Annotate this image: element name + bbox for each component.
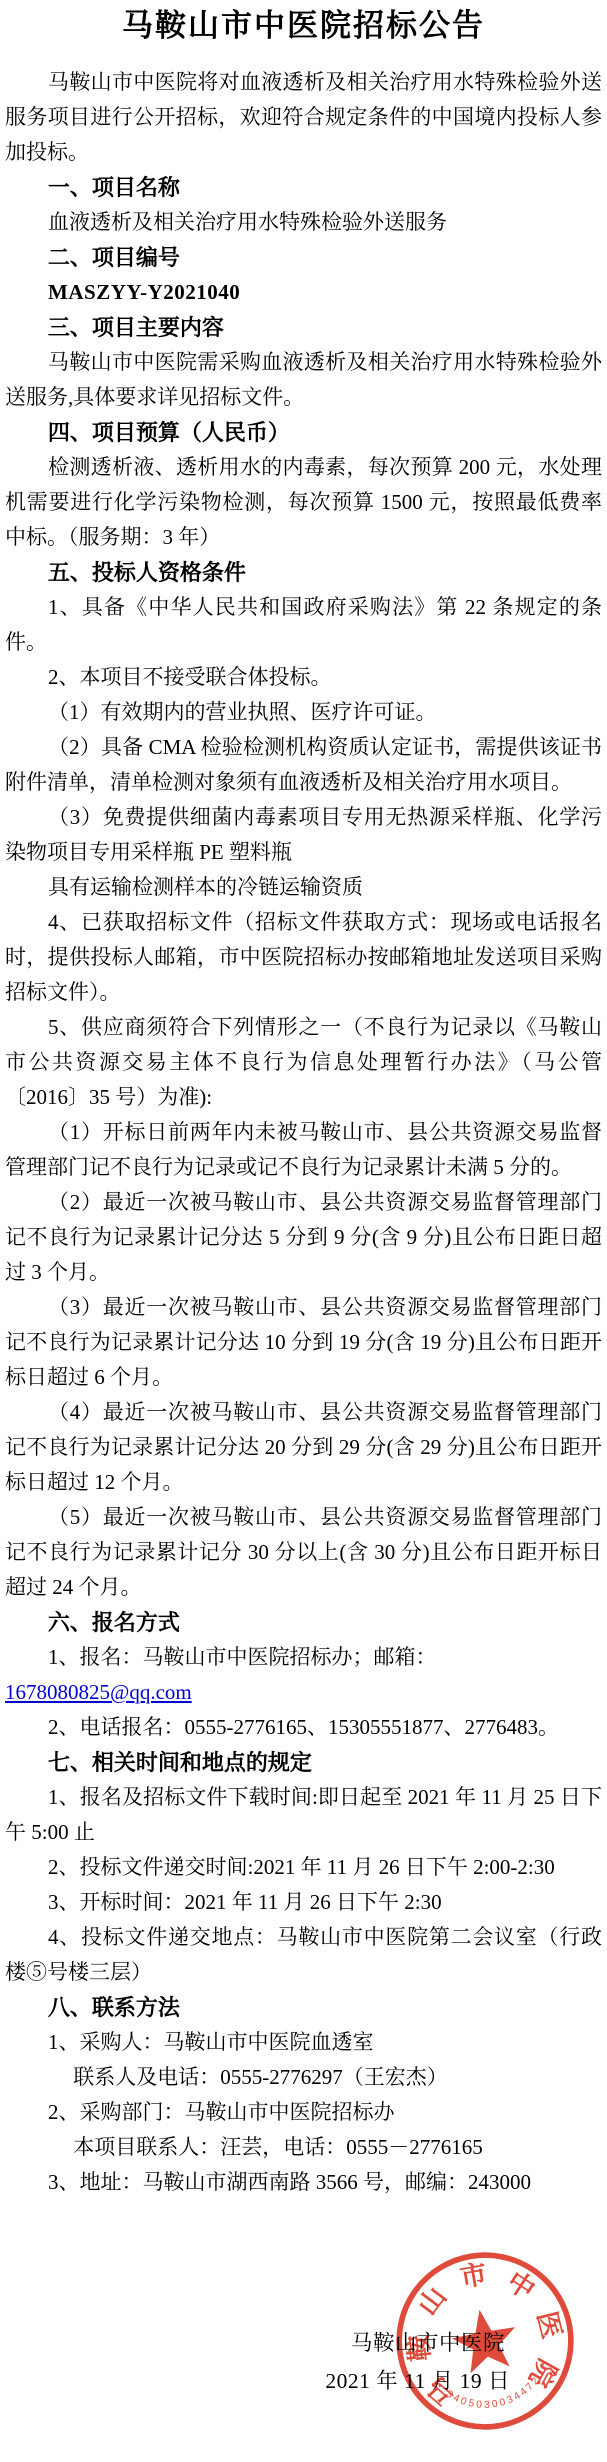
doc-paragraph: （1）开标日前两年内未被马鞍山市、县公共资源交易监督管理部门记不良行为记录或记不…	[5, 1115, 602, 1185]
signature-date: 2021 年 11 月 19 日	[325, 2364, 510, 2395]
doc-paragraph: （5）最近一次被马鞍山市、县公共资源交易监督管理部门记不良行为记录累计记分 30…	[5, 1500, 602, 1605]
doc-paragraph: （4）最近一次被马鞍山市、县公共资源交易监督管理部门记不良行为记录累计记分达 2…	[5, 1395, 602, 1500]
doc-paragraph: 4、投标文件递交地点：马鞍山市中医院第二会议室（行政楼⑤号楼三层）	[5, 1920, 602, 1990]
doc-paragraph: 3、开标时间：2021 年 11 月 26 日下午 2:30	[5, 1885, 602, 1920]
announcement-page: 马鞍山市中医院招标公告 马鞍山市中医院将对血液透析及相关治疗用水特殊检验外送服务…	[0, 0, 607, 2462]
doc-paragraph: 1、采购人：马鞍山市中医院血透室	[5, 2025, 602, 2060]
section-heading: 四、项目预算（人民币）	[5, 415, 602, 450]
email-link[interactable]: 1678080825@qq.com	[5, 1675, 602, 1710]
doc-paragraph: 马鞍山市中医院将对血液透析及相关治疗用水特殊检验外送服务项目进行公开招标，欢迎符…	[5, 65, 602, 170]
doc-paragraph: 5、供应商须符合下列情形之一（不良行为记录以《马鞍山市公共资源交易主体不良行为信…	[5, 1010, 602, 1115]
section-heading: 一、项目名称	[5, 170, 602, 205]
seal-arc-char: 医	[532, 2308, 568, 2341]
section-heading: 三、项目主要内容	[5, 310, 602, 345]
section-heading: 六、报名方式	[5, 1605, 602, 1640]
doc-paragraph: 具有运输检测样本的冷链运输资质	[5, 870, 602, 905]
signature-org: 马鞍山市中医院	[351, 2326, 505, 2357]
doc-paragraph: （1）有效期内的营业执照、医疗许可证。	[5, 695, 602, 730]
doc-paragraph: 2、电话报名：0555-2776165、15305551877、2776483。	[5, 1710, 602, 1745]
doc-paragraph: 血液透析及相关治疗用水特殊检验外送服务	[5, 205, 602, 240]
doc-paragraph: （3）最近一次被马鞍山市、县公共资源交易监督管理部门记不良行为记录累计记分达 1…	[5, 1290, 602, 1395]
document-body: 马鞍山市中医院将对血液透析及相关治疗用水特殊检验外送服务项目进行公开招标，欢迎符…	[0, 47, 607, 2200]
section-heading: 七、相关时间和地点的规定	[5, 1745, 602, 1780]
doc-paragraph: 检测透析液、透析用水的内毒素，每次预算 200 元，水处理机需要进行化学污染物检…	[5, 450, 602, 555]
seal-arc-char: 市	[458, 2259, 489, 2293]
doc-paragraph: 2、投标文件递交时间:2021 年 11 月 26 日下午 2:00-2:30	[5, 1850, 602, 1885]
doc-paragraph: 4、已获取招标文件（招标文件获取方式：现场或电话报名时，提供投标人邮箱，市中医院…	[5, 905, 602, 1010]
section-heading: 八、联系方法	[5, 1990, 602, 2025]
doc-paragraph: （2）最近一次被马鞍山市、县公共资源交易监督管理部门记不良行为记录累计记分达 5…	[5, 1185, 602, 1290]
doc-paragraph: 1、报名：马鞍山市中医院招标办；邮箱：	[5, 1640, 602, 1675]
doc-paragraph: （3）免费提供细菌内毒素项目专用无热源采样瓶、化学污染物项目专用采样瓶 PE 塑…	[5, 800, 602, 870]
section-heading: 五、投标人资格条件	[5, 555, 602, 590]
page-title: 马鞍山市中医院招标公告	[0, 0, 607, 47]
project-number: MASZYY-Y2021040	[5, 275, 602, 310]
doc-paragraph: 1、报名及招标文件下载时间:即日起至 2021 年 11 月 25 日下午 5:…	[5, 1780, 602, 1850]
doc-paragraph: 马鞍山市中医院需采购血液透析及相关治疗用水特殊检验外送服务,具体要求详见招标文件…	[5, 345, 602, 415]
doc-paragraph: 联系人及电话：0555-2776297（王宏杰）	[5, 2060, 602, 2095]
doc-paragraph: 2、本项目不接受联合体投标。	[5, 660, 602, 695]
doc-paragraph: 3、地址：马鞍山市湖西南路 3566 号，邮编：243000	[5, 2165, 602, 2200]
doc-paragraph: 本项目联系人：汪芸，电话：0555－2776165	[5, 2130, 602, 2165]
doc-paragraph: 1、具备《中华人民共和国政府采购法》第 22 条规定的条件。	[5, 590, 602, 660]
doc-paragraph: 2、采购部门：马鞍山市中医院招标办	[5, 2095, 602, 2130]
doc-paragraph: （2）具备 CMA 检验检测机构资质认定证书，需提供该证书附件清单，清单检测对象…	[5, 730, 602, 800]
section-heading: 二、项目编号	[5, 240, 602, 275]
